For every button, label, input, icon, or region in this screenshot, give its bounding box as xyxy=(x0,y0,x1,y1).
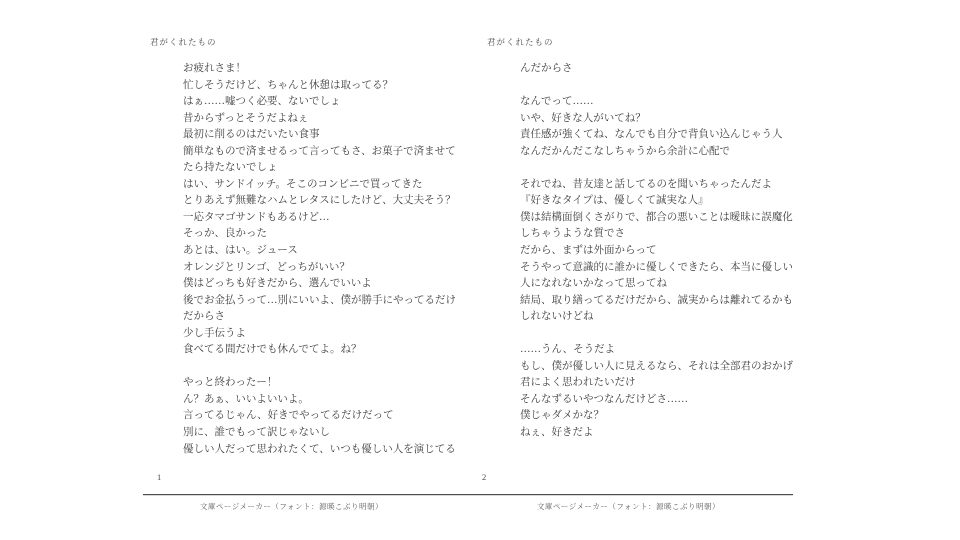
page-2-body: んだからさ なんでって……いや、好きな人がいてね？責任感が強くてね、なんでも自分… xyxy=(520,61,797,442)
text-line: 僕はどっちも好きだから、選んでいいよ xyxy=(183,276,460,293)
text-line: お疲れさま！ xyxy=(183,61,460,78)
page-spread: 君がくれたもの お疲れさま！忙しそうだけど、ちゃんと休憩は取ってる？はぁ……嘘つ… xyxy=(123,0,798,540)
text-line: そうやって意識的に誰かに優しくできたら、本当に優しい xyxy=(520,260,797,277)
text-line: 僕は結構面倒くさがりで、都合の悪いことは曖昧に誤魔化 xyxy=(520,210,797,227)
text-line: ん？あぁ、いいよいいよ。 xyxy=(183,392,460,409)
text-line: あとは、はい。ジュース xyxy=(183,243,460,260)
text-line: 人になれないかなって思ってね xyxy=(520,276,797,293)
text-line: 言ってるじゃん、好きでやってるだけだって xyxy=(183,408,460,425)
page-2: 君がくれたもの んだからさ なんでって……いや、好きな人がいてね？責任感が強くて… xyxy=(460,0,797,540)
text-line: 食べてる間だけでも休んでてよ。ね？ xyxy=(183,342,460,359)
footer-separator-line xyxy=(143,494,793,496)
text-line: とりあえず無難なハムとレタスにしたけど、大丈夫そう？ xyxy=(183,193,460,210)
text-line: 一応タマゴサンドもあるけど… xyxy=(183,210,460,227)
text-line xyxy=(520,326,797,343)
text-line: 結局、取り繕ってるだけだから、誠実からは離れてるかも xyxy=(520,293,797,310)
page-1-body: お疲れさま！忙しそうだけど、ちゃんと休憩は取ってる？はぁ……嘘つく必要、ないでし… xyxy=(183,61,460,458)
text-line: 責任感が強くてね、なんでも自分で背負い込んじゃう人 xyxy=(520,127,797,144)
text-line: だから、まずは外面からって xyxy=(520,243,797,260)
text-line: やっと終わったー！ xyxy=(183,375,460,392)
text-line: んだからさ xyxy=(520,61,797,78)
text-line: いや、好きな人がいてね？ xyxy=(520,111,797,128)
text-line: オレンジとリンゴ、どっちがいい？ xyxy=(183,260,460,277)
text-line: しれないけどね xyxy=(520,309,797,326)
text-line xyxy=(520,78,797,95)
page-1-running-header: 君がくれたもの xyxy=(150,36,217,48)
text-line xyxy=(183,359,460,376)
text-line: だからさ xyxy=(183,309,460,326)
text-line: ねぇ、好きだよ xyxy=(520,425,797,442)
text-line: はぁ……嘘つく必要、ないでしょ xyxy=(183,94,460,111)
text-line: 少し手伝うよ xyxy=(183,326,460,343)
page-1-number: 1 xyxy=(157,472,161,482)
text-line: 『好きなタイプは、優しくて誠実な人』 xyxy=(520,193,797,210)
text-line: そっか、良かった xyxy=(183,226,460,243)
text-line: そんなずるいやつなんだけどさ…… xyxy=(520,392,797,409)
text-line: なんでって…… xyxy=(520,94,797,111)
page-1-footer-credit: 文庫ページメーカー（フォント：源暎こぶり明朝） xyxy=(123,501,460,512)
text-line: なんだかんだこなしちゃうから余計に心配で xyxy=(520,144,797,161)
text-line: 最初に削るのはだいたい食事 xyxy=(183,127,460,144)
text-line: もし、僕が優しい人に見えるなら、それは全部君のおかげ xyxy=(520,359,797,376)
text-line: 僕じゃダメかな？ xyxy=(520,408,797,425)
text-line xyxy=(520,160,797,177)
page-1: 君がくれたもの お疲れさま！忙しそうだけど、ちゃんと休憩は取ってる？はぁ……嘘つ… xyxy=(123,0,460,540)
text-line: 後でお金払うって…別にいいよ、僕が勝手にやってるだけ xyxy=(183,293,460,310)
text-line: たら持たないでしょ xyxy=(183,160,460,177)
page-2-number: 2 xyxy=(482,472,486,482)
text-line: しちゃうような質でさ xyxy=(520,226,797,243)
text-line: 別に、誰でもって訳じゃないし xyxy=(183,425,460,442)
page-2-running-header: 君がくれたもの xyxy=(487,36,554,48)
text-line: はい、サンドイッチ。そこのコンビニで買ってきた xyxy=(183,177,460,194)
text-line: 昔からずっとそうだよねぇ xyxy=(183,111,460,128)
text-line: 簡単なもので済ませるって言ってもさ、お菓子で済ませて xyxy=(183,144,460,161)
text-line: 優しい人だって思われたくて、いつも優しい人を演じてる xyxy=(183,442,460,459)
page-2-footer-credit: 文庫ページメーカー（フォント：源暎こぶり明朝） xyxy=(460,501,797,512)
text-line: ……うん、そうだよ xyxy=(520,342,797,359)
text-line: 君によく思われたいだけ xyxy=(520,375,797,392)
text-line: それでね、昔友達と話してるのを聞いちゃったんだよ xyxy=(520,177,797,194)
document-canvas: 君がくれたもの お疲れさま！忙しそうだけど、ちゃんと休憩は取ってる？はぁ……嘘つ… xyxy=(0,0,960,540)
text-line: 忙しそうだけど、ちゃんと休憩は取ってる？ xyxy=(183,78,460,95)
